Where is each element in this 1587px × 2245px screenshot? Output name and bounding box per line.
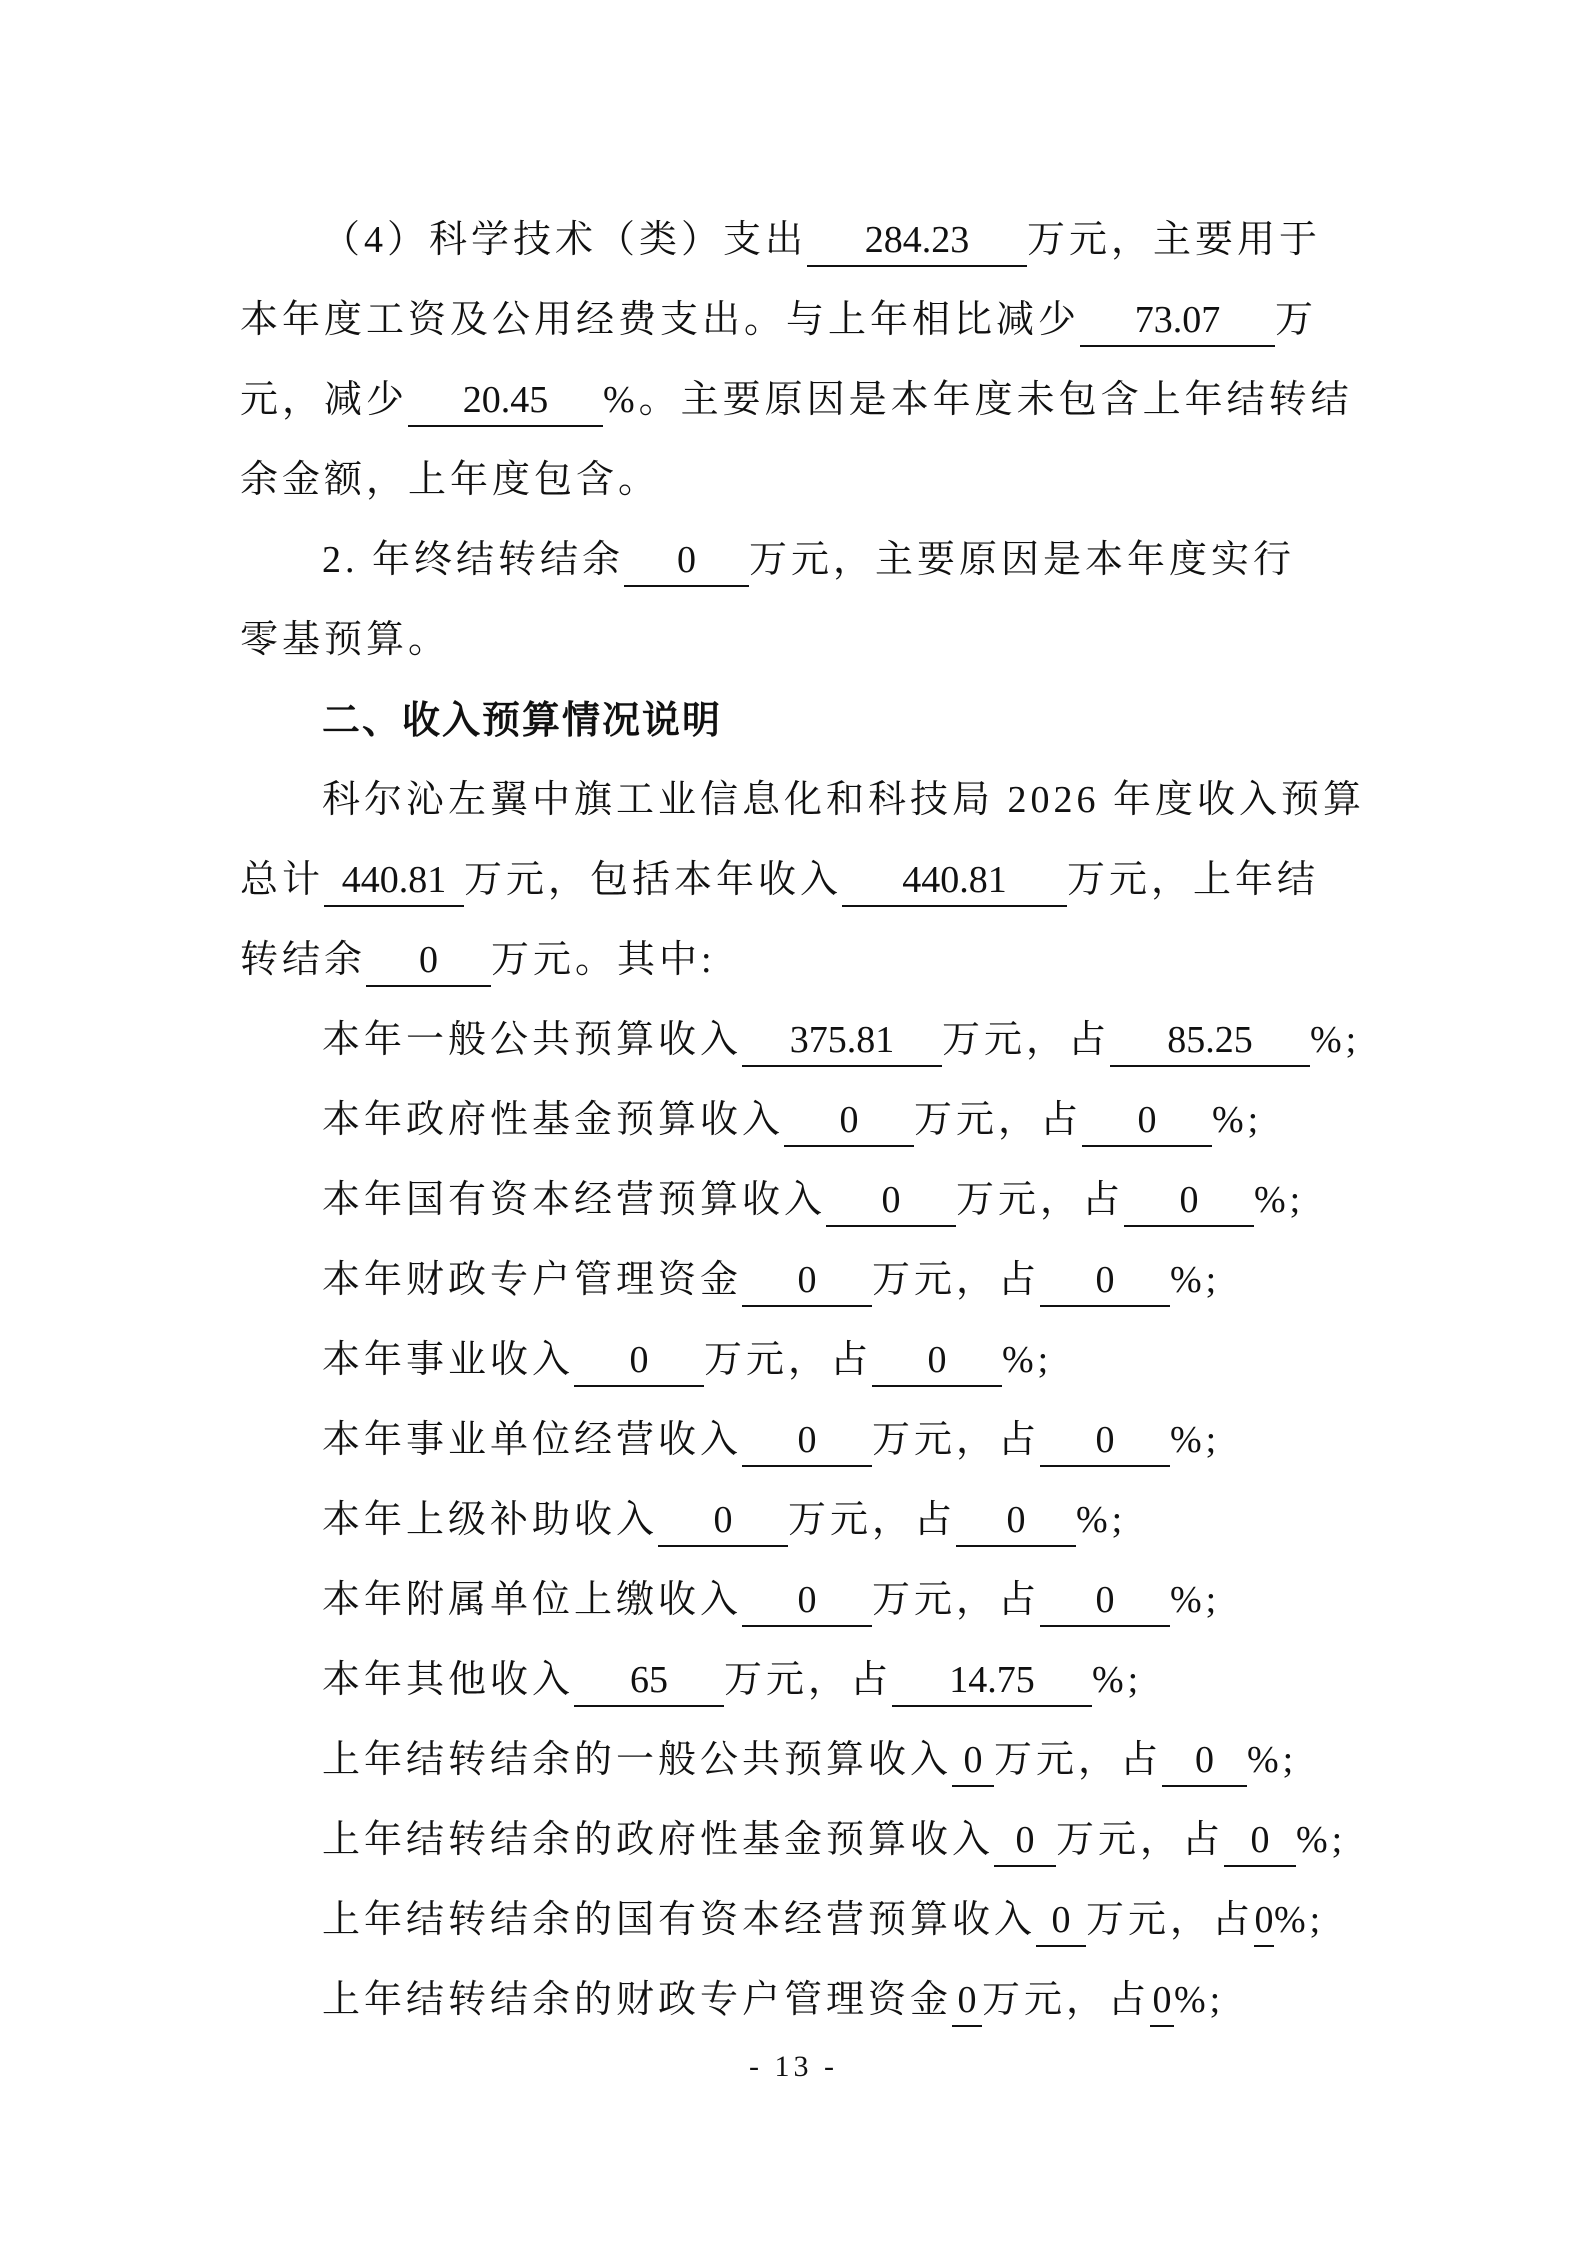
text: 万元，占 (982, 1979, 1150, 2021)
text: %; (1170, 1419, 1220, 1461)
paragraph-year-end-line1: 2. 年终结转结余0万元，主要原因是本年度实行 (240, 528, 1355, 608)
text: %; (1002, 1339, 1052, 1381)
paragraph-science-tech-line2: 本年度工资及公用经费支出。与上年相比减少73.07万 (240, 288, 1355, 368)
text: 余金额，上年度包含。 (240, 459, 660, 501)
paragraph-science-tech-line4: 余金额，上年度包含。 (240, 448, 1355, 528)
income-amount: 0 (994, 1815, 1056, 1867)
income-pct: 0 (1254, 1895, 1274, 1947)
income-amount: 0 (784, 1095, 914, 1147)
text: 万元，占 (872, 1419, 1040, 1461)
income-label: 上年结转结余的政府性基金预算收入 (322, 1819, 994, 1861)
decrease-pct: 20.45 (408, 375, 603, 427)
income-pct: 0 (1082, 1095, 1212, 1147)
text: 2. 年终结转结余 (322, 539, 624, 581)
income-item: 本年一般公共预算收入375.81万元，占85.25%; (240, 1008, 1355, 1088)
text: 总计 (240, 859, 324, 901)
text: 万元，占 (1086, 1899, 1254, 1941)
income-label: 本年财政专户管理资金 (322, 1259, 742, 1301)
income-label: 上年结转结余的一般公共预算收入 (322, 1739, 952, 1781)
text: 元，减少 (240, 379, 408, 421)
text: %; (1076, 1499, 1126, 1541)
income-item: 本年财政专户管理资金0万元，占0%; (240, 1248, 1355, 1328)
text: 万元，主要原因是本年度实行 (749, 539, 1295, 581)
income-label: 本年事业收入 (322, 1339, 574, 1381)
income-amount: 0 (952, 1735, 994, 1787)
text: %; (1174, 1979, 1224, 2021)
income-item: 上年结转结余的财政专户管理资金0万元，占0%; (240, 1968, 1355, 2048)
income-pct: 0 (1162, 1735, 1247, 1787)
income-total: 440.81 (324, 855, 464, 907)
income-label: 上年结转结余的国有资本经营预算收入 (322, 1899, 1036, 1941)
text: 万元，占 (704, 1339, 872, 1381)
income-pct: 0 (1224, 1815, 1296, 1867)
amount-science-tech: 284.23 (807, 215, 1027, 267)
text: %; (1170, 1259, 1220, 1301)
text: %。主要原因是本年度未包含上年结转结 (603, 379, 1353, 421)
paragraph-year-end-line2: 零基预算。 (240, 608, 1355, 688)
income-amount: 375.81 (742, 1015, 942, 1067)
income-pct: 0 (1040, 1415, 1170, 1467)
text: 万元，占 (956, 1179, 1124, 1221)
text: 万元，占 (724, 1659, 892, 1701)
income-amount: 0 (742, 1415, 872, 1467)
text: %; (1274, 1899, 1324, 1941)
text: 万 (1275, 299, 1317, 341)
income-label: 上年结转结余的财政专户管理资金 (322, 1979, 952, 2021)
text: 万元，占 (788, 1499, 956, 1541)
income-item: 本年国有资本经营预算收入0万元，占0%; (240, 1168, 1355, 1248)
text: 零基预算。 (240, 619, 450, 661)
paragraph-science-tech-line1: （4）科学技术（类）支出284.23万元，主要用于 (240, 208, 1355, 288)
income-amount: 0 (1036, 1895, 1086, 1947)
document-page: （4）科学技术（类）支出284.23万元，主要用于 本年度工资及公用经费支出。与… (240, 208, 1355, 2048)
income-label: 本年国有资本经营预算收入 (322, 1179, 826, 1221)
income-pct: 85.25 (1110, 1015, 1310, 1067)
text: 科尔沁左翼中旗工业信息化和科技局 2026 年度收入预算 (322, 779, 1365, 821)
text: 万元，包括本年收入 (464, 859, 842, 901)
income-pct: 0 (1040, 1575, 1170, 1627)
text: %; (1092, 1659, 1142, 1701)
text: 万元，占 (942, 1019, 1110, 1061)
income-item: 本年上级补助收入0万元，占0%; (240, 1488, 1355, 1568)
text: %; (1247, 1739, 1297, 1781)
text: %; (1296, 1819, 1346, 1861)
text: %; (1254, 1179, 1304, 1221)
income-amount: 65 (574, 1655, 724, 1707)
text: %; (1212, 1099, 1262, 1141)
income-amount: 0 (826, 1175, 956, 1227)
text: 转结余 (240, 939, 366, 981)
income-amount: 0 (742, 1575, 872, 1627)
intro-line2: 总计440.81万元，包括本年收入440.81万元，上年结 (240, 848, 1355, 928)
income-amount: 0 (952, 1975, 982, 2027)
income-pct: 0 (872, 1335, 1002, 1387)
text: 万元，占 (994, 1739, 1162, 1781)
year-end-balance: 0 (624, 535, 749, 587)
text: 万元，占 (872, 1259, 1040, 1301)
paragraph-science-tech-line3: 元，减少20.45%。主要原因是本年度未包含上年结转结 (240, 368, 1355, 448)
current-year-income: 440.81 (842, 855, 1067, 907)
income-amount: 0 (574, 1335, 704, 1387)
text: （4）科学技术（类）支出 (322, 219, 807, 261)
income-item: 上年结转结余的一般公共预算收入0万元，占0%; (240, 1728, 1355, 1808)
income-pct: 0 (1124, 1175, 1254, 1227)
income-pct: 0 (1040, 1255, 1170, 1307)
section-heading-income-budget: 二、收入预算情况说明 (240, 688, 1355, 768)
income-label: 本年政府性基金预算收入 (322, 1099, 784, 1141)
intro-line1: 科尔沁左翼中旗工业信息化和科技局 2026 年度收入预算 (240, 768, 1355, 848)
page-number: - 13 - (0, 2050, 1587, 2084)
income-item: 上年结转结余的政府性基金预算收入0万元，占0%; (240, 1808, 1355, 1888)
text: %; (1310, 1019, 1360, 1061)
text: 万元，上年结 (1067, 859, 1319, 901)
income-item: 本年事业收入0万元，占0%; (240, 1328, 1355, 1408)
text: 万元，占 (872, 1579, 1040, 1621)
text: 万元，占 (1056, 1819, 1224, 1861)
income-item: 上年结转结余的国有资本经营预算收入0万元，占0%; (240, 1888, 1355, 1968)
income-item: 本年其他收入65万元，占14.75%; (240, 1648, 1355, 1728)
text: %; (1170, 1579, 1220, 1621)
income-label: 本年上级补助收入 (322, 1499, 658, 1541)
decrease-amount: 73.07 (1080, 295, 1275, 347)
intro-line3: 转结余0万元。其中: (240, 928, 1355, 1008)
income-label: 本年附属单位上缴收入 (322, 1579, 742, 1621)
text: 万元，主要用于 (1027, 219, 1321, 261)
income-pct: 0 (1150, 1975, 1174, 2027)
text: 本年度工资及公用经费支出。与上年相比减少 (240, 299, 1080, 341)
carryover-balance: 0 (366, 935, 491, 987)
income-amount: 0 (658, 1495, 788, 1547)
income-item: 本年政府性基金预算收入0万元，占0%; (240, 1088, 1355, 1168)
income-pct: 0 (956, 1495, 1076, 1547)
income-label: 本年事业单位经营收入 (322, 1419, 742, 1461)
income-item: 本年事业单位经营收入0万元，占0%; (240, 1408, 1355, 1488)
text: 万元，占 (914, 1099, 1082, 1141)
income-pct: 14.75 (892, 1655, 1092, 1707)
income-item: 本年附属单位上缴收入0万元，占0%; (240, 1568, 1355, 1648)
income-amount: 0 (742, 1255, 872, 1307)
income-label: 本年一般公共预算收入 (322, 1019, 742, 1061)
text: 万元。其中: (491, 939, 716, 981)
income-label: 本年其他收入 (322, 1659, 574, 1701)
